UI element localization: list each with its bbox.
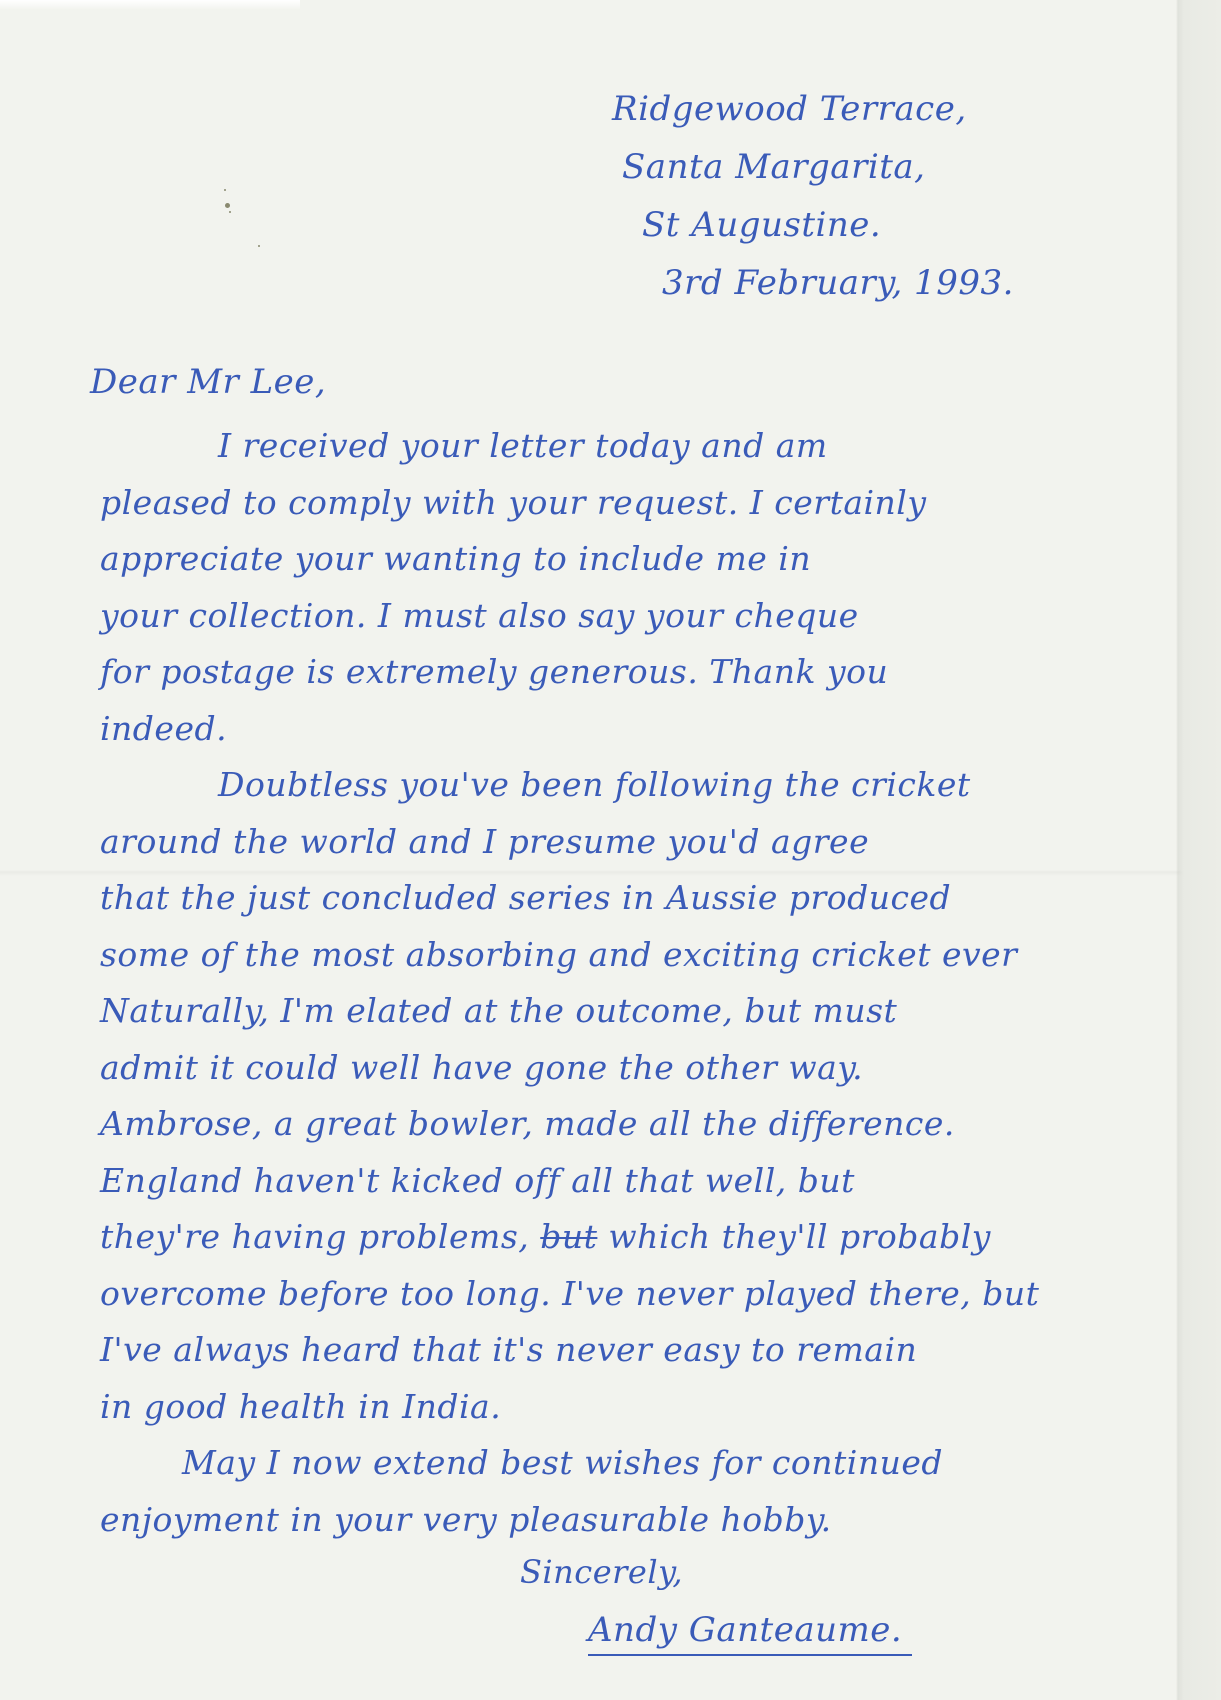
sender-address: Ridgewood Terrace, Santa Margarita, St A… <box>612 80 1014 312</box>
struck-out-word: but <box>540 1217 597 1256</box>
body-line-with-correction: they're having problems, but which they'… <box>100 1209 1160 1266</box>
body-line: Doubtless you've been following the cric… <box>100 757 1160 814</box>
body-line: I've always heard that it's never easy t… <box>100 1322 1160 1379</box>
letter-paper: Ridgewood Terrace, Santa Margarita, St A… <box>0 0 1221 1700</box>
signature: Andy Ganteaume. <box>588 1610 912 1656</box>
ink-speck <box>229 211 231 213</box>
ink-speck <box>258 245 260 247</box>
body-line: indeed. <box>100 701 1160 758</box>
body-line: in good health in India. <box>100 1379 1160 1436</box>
ink-speck <box>225 203 230 208</box>
body-line-part: which they'll probably <box>608 1217 991 1256</box>
ink-speck <box>224 189 226 191</box>
closing: Sincerely, <box>520 1553 683 1591</box>
body-line: that the just concluded series in Aussie… <box>100 870 1160 927</box>
body-line: admit it could well have gone the other … <box>100 1040 1160 1097</box>
body-line: Naturally, I'm elated at the outcome, bu… <box>100 983 1160 1040</box>
body-line: I received your letter today and am <box>100 418 1160 475</box>
body-line: for postage is extremely generous. Thank… <box>100 644 1160 701</box>
body-line: appreciate your wanting to include me in <box>100 531 1160 588</box>
address-line-street: Ridgewood Terrace, <box>612 80 1014 138</box>
body-line: your collection. I must also say your ch… <box>100 588 1160 645</box>
body-line: around the world and I presume you'd agr… <box>100 814 1160 871</box>
body-line: enjoyment in your very pleasurable hobby… <box>100 1492 1160 1549</box>
salutation: Dear Mr Lee, <box>90 362 326 402</box>
address-line-town: St Augustine. <box>612 196 1014 254</box>
body-line-part: they're having problems, <box>100 1217 529 1256</box>
body-line: overcome before too long. I've never pla… <box>100 1266 1160 1323</box>
paper-fold-edge <box>0 0 300 10</box>
body-line: pleased to comply with your request. I c… <box>100 475 1160 532</box>
body-line: England haven't kicked off all that well… <box>100 1153 1160 1210</box>
address-line-area: Santa Margarita, <box>612 138 1014 196</box>
body-line: Ambrose, a great bowler, made all the di… <box>100 1096 1160 1153</box>
body-line: some of the most absorbing and exciting … <box>100 927 1160 984</box>
body-line: May I now extend best wishes for continu… <box>100 1435 1160 1492</box>
letter-date: 3rd February, 1993. <box>612 254 1014 312</box>
letter-body: I received your letter today and am plea… <box>100 418 1160 1548</box>
